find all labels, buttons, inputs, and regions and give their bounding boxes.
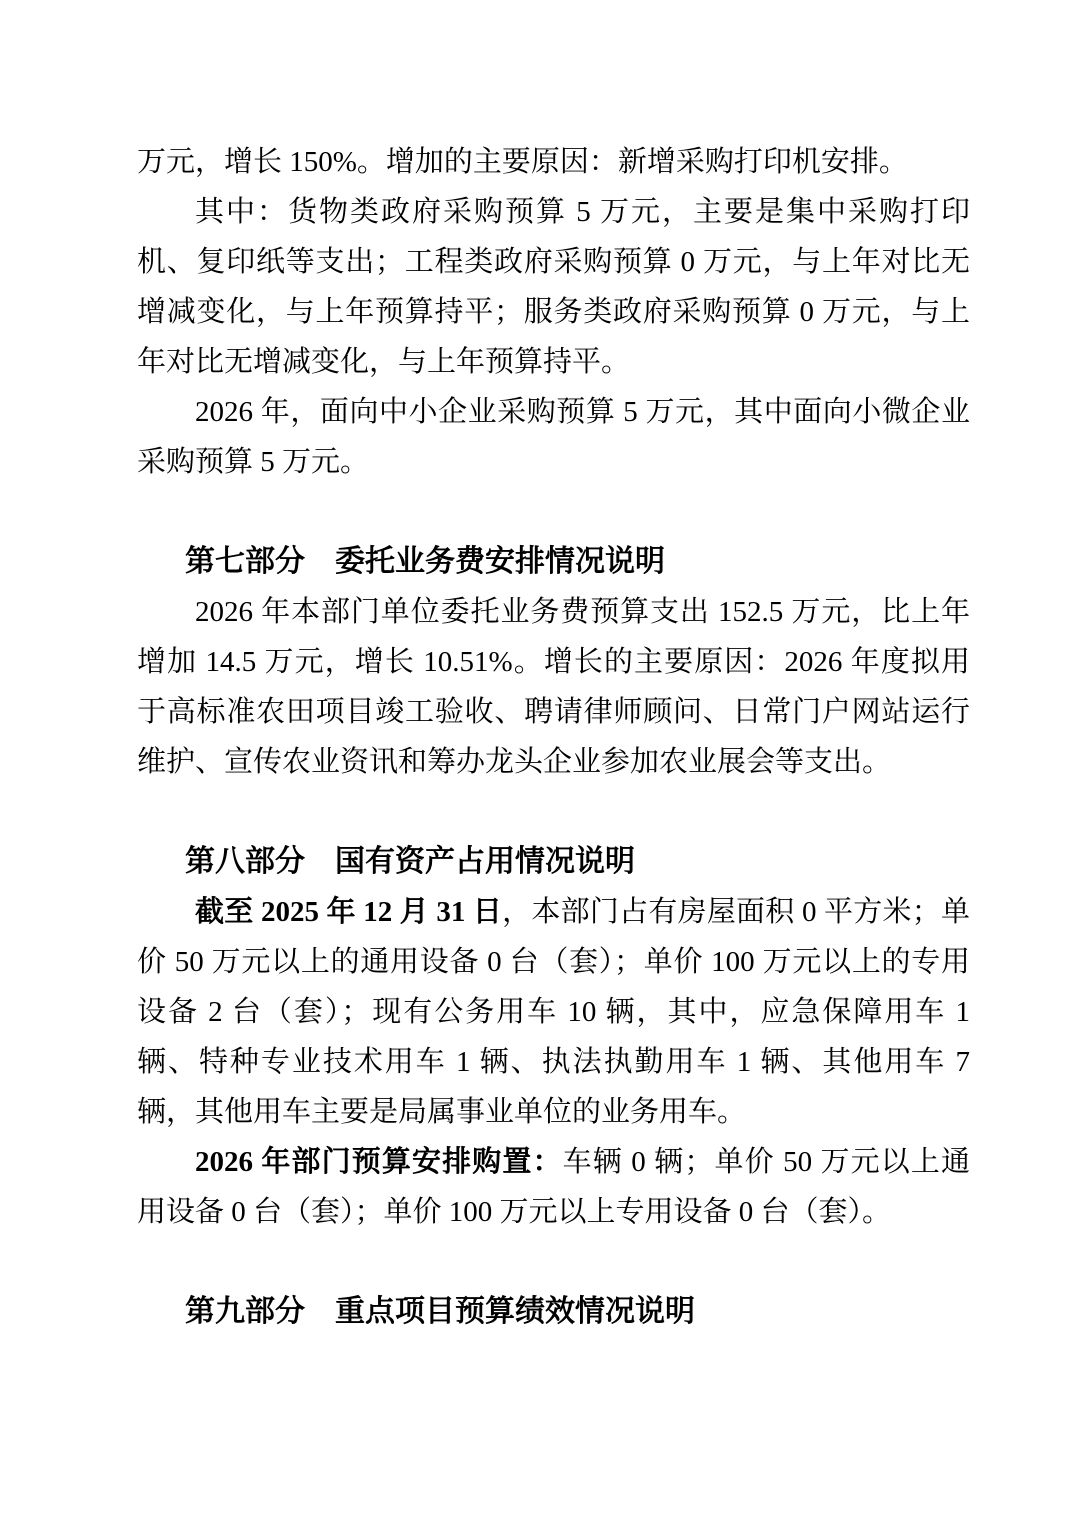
document-content: 万元，增长 150%。增加的主要原因：新增采购打印机安排。其中：货物类政府采购预… xyxy=(137,137,970,1337)
bold-text-run: 截至 2025 年 12 月 31 日 xyxy=(195,896,502,928)
body-paragraph: 2026 年本部门单位委托业务费预算支出 152.5 万元，比上年增加 14.5… xyxy=(137,587,970,787)
body-paragraph: 万元，增长 150%。增加的主要原因：新增采购打印机安排。 xyxy=(137,137,970,187)
section-heading: 第七部分 委托业务费安排情况说明 xyxy=(137,537,970,587)
body-paragraph: 其中：货物类政府采购预算 5 万元，主要是集中采购打印机、复印纸等支出；工程类政… xyxy=(137,187,970,387)
text-run: 其中：货物类政府采购预算 5 万元，主要是集中采购打印机、复印纸等支出；工程类政… xyxy=(137,196,970,378)
body-paragraph: 2026 年，面向中小企业采购预算 5 万元，其中面向小微企业采购预算 5 万元… xyxy=(137,387,970,487)
section-heading: 第九部分 重点项目预算绩效情况说明 xyxy=(137,1287,970,1337)
section-heading: 第八部分 国有资产占用情况说明 xyxy=(137,837,970,887)
text-run: 万元，增长 150%。增加的主要原因：新增采购打印机安排。 xyxy=(137,146,908,178)
body-paragraph: 截至 2025 年 12 月 31 日，本部门占有房屋面积 0 平方米；单价 5… xyxy=(137,887,970,1137)
body-paragraph: 2026 年部门预算安排购置：车辆 0 辆；单价 50 万元以上通用设备 0 台… xyxy=(137,1137,970,1237)
text-run: 2026 年本部门单位委托业务费预算支出 152.5 万元，比上年增加 14.5… xyxy=(137,596,970,778)
bold-text-run: 2026 年部门预算安排购置： xyxy=(195,1146,563,1178)
document-page: 万元，增长 150%。增加的主要原因：新增采购打印机安排。其中：货物类政府采购预… xyxy=(0,0,1074,1520)
text-run: ，本部门占有房屋面积 0 平方米；单价 50 万元以上的通用设备 0 台（套）；… xyxy=(137,896,970,1128)
text-run: 2026 年，面向中小企业采购预算 5 万元，其中面向小微企业采购预算 5 万元… xyxy=(137,396,970,478)
